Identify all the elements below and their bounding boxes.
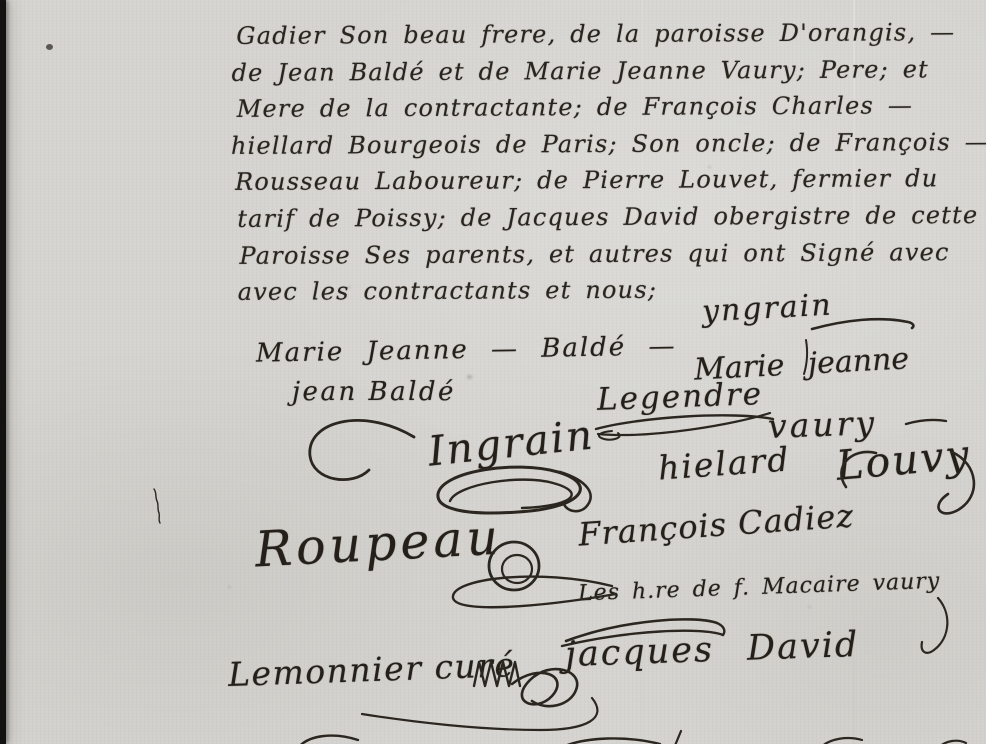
legendre-paraph-flourish xyxy=(596,415,773,429)
record-body-text: Gadier Son beau frere, de la paroisse D'… xyxy=(236,14,963,311)
vaury-descender-hook xyxy=(922,598,948,653)
signature-lemonnier-cure: Lemonnier curé xyxy=(227,645,516,694)
body-text-line: de Jean Baldé et de Marie Jeanne Vaury; … xyxy=(231,51,961,91)
signature-jean-balde: jean Baldé xyxy=(292,377,456,407)
ingrain-oval-paraph xyxy=(438,467,580,513)
signature-marie-jeanne-vaury: Marie jeanne xyxy=(693,341,910,387)
body-text-line: tarif de Poissy; de Jacques David obergi… xyxy=(237,197,962,237)
signature-hielard: hielard xyxy=(657,439,792,487)
body-text-line: Gadier Son beau frere, de la paroisse D'… xyxy=(236,14,961,54)
ingrain-oval-paraph xyxy=(450,480,572,508)
margin-annotation-mark xyxy=(154,489,160,523)
body-text-line: Mere de la contractante; de François Cha… xyxy=(237,87,962,127)
signature-roupeau: Roupeau xyxy=(254,509,504,579)
body-text-line: Rousseau Laboureur; de Pierre Louvet, fe… xyxy=(235,160,962,200)
body-text-line: Paroisse Ses parents, et autres qui ont … xyxy=(239,234,962,274)
signature-marie-jeanne-balde: Marie Jeanne — Baldé — xyxy=(256,331,677,368)
foxing-speck xyxy=(46,44,53,50)
signature-louvy: Louvy xyxy=(834,430,972,490)
signature-yngrain: yngrain xyxy=(701,288,833,330)
vaury-dash-flourish xyxy=(906,420,946,424)
roupeau-loop-flourish xyxy=(502,555,532,583)
cutoff-line-fragment xyxy=(298,736,358,744)
cutoff-line-fragment xyxy=(674,731,681,744)
ingrain-oval-tail xyxy=(560,472,591,511)
scan-gutter-edge xyxy=(0,0,6,744)
body-text-line: avec les contractants et nous; xyxy=(238,270,963,310)
ingrain-c-flourish xyxy=(310,420,414,479)
lemonnier-tail-flourish xyxy=(362,698,597,730)
signature-francois-cadiez: François Cadiez xyxy=(577,496,855,553)
signature-ingrain-large: Ingrain xyxy=(426,410,597,475)
body-text-line: hiellard Bourgeois de Paris; Son oncle; … xyxy=(231,124,962,164)
cutoff-line-fragment xyxy=(820,738,862,744)
cutoff-line-fragment xyxy=(560,738,660,744)
signature-jacques-david: jacques David xyxy=(564,625,860,675)
legendre-paraph-flourish xyxy=(599,431,620,440)
signature-heritiers-macaire-vaury: Les h.re de f. Macaire vaury xyxy=(578,569,941,607)
manuscript-page: Gadier Son beau frere, de la paroisse D'… xyxy=(0,0,986,744)
